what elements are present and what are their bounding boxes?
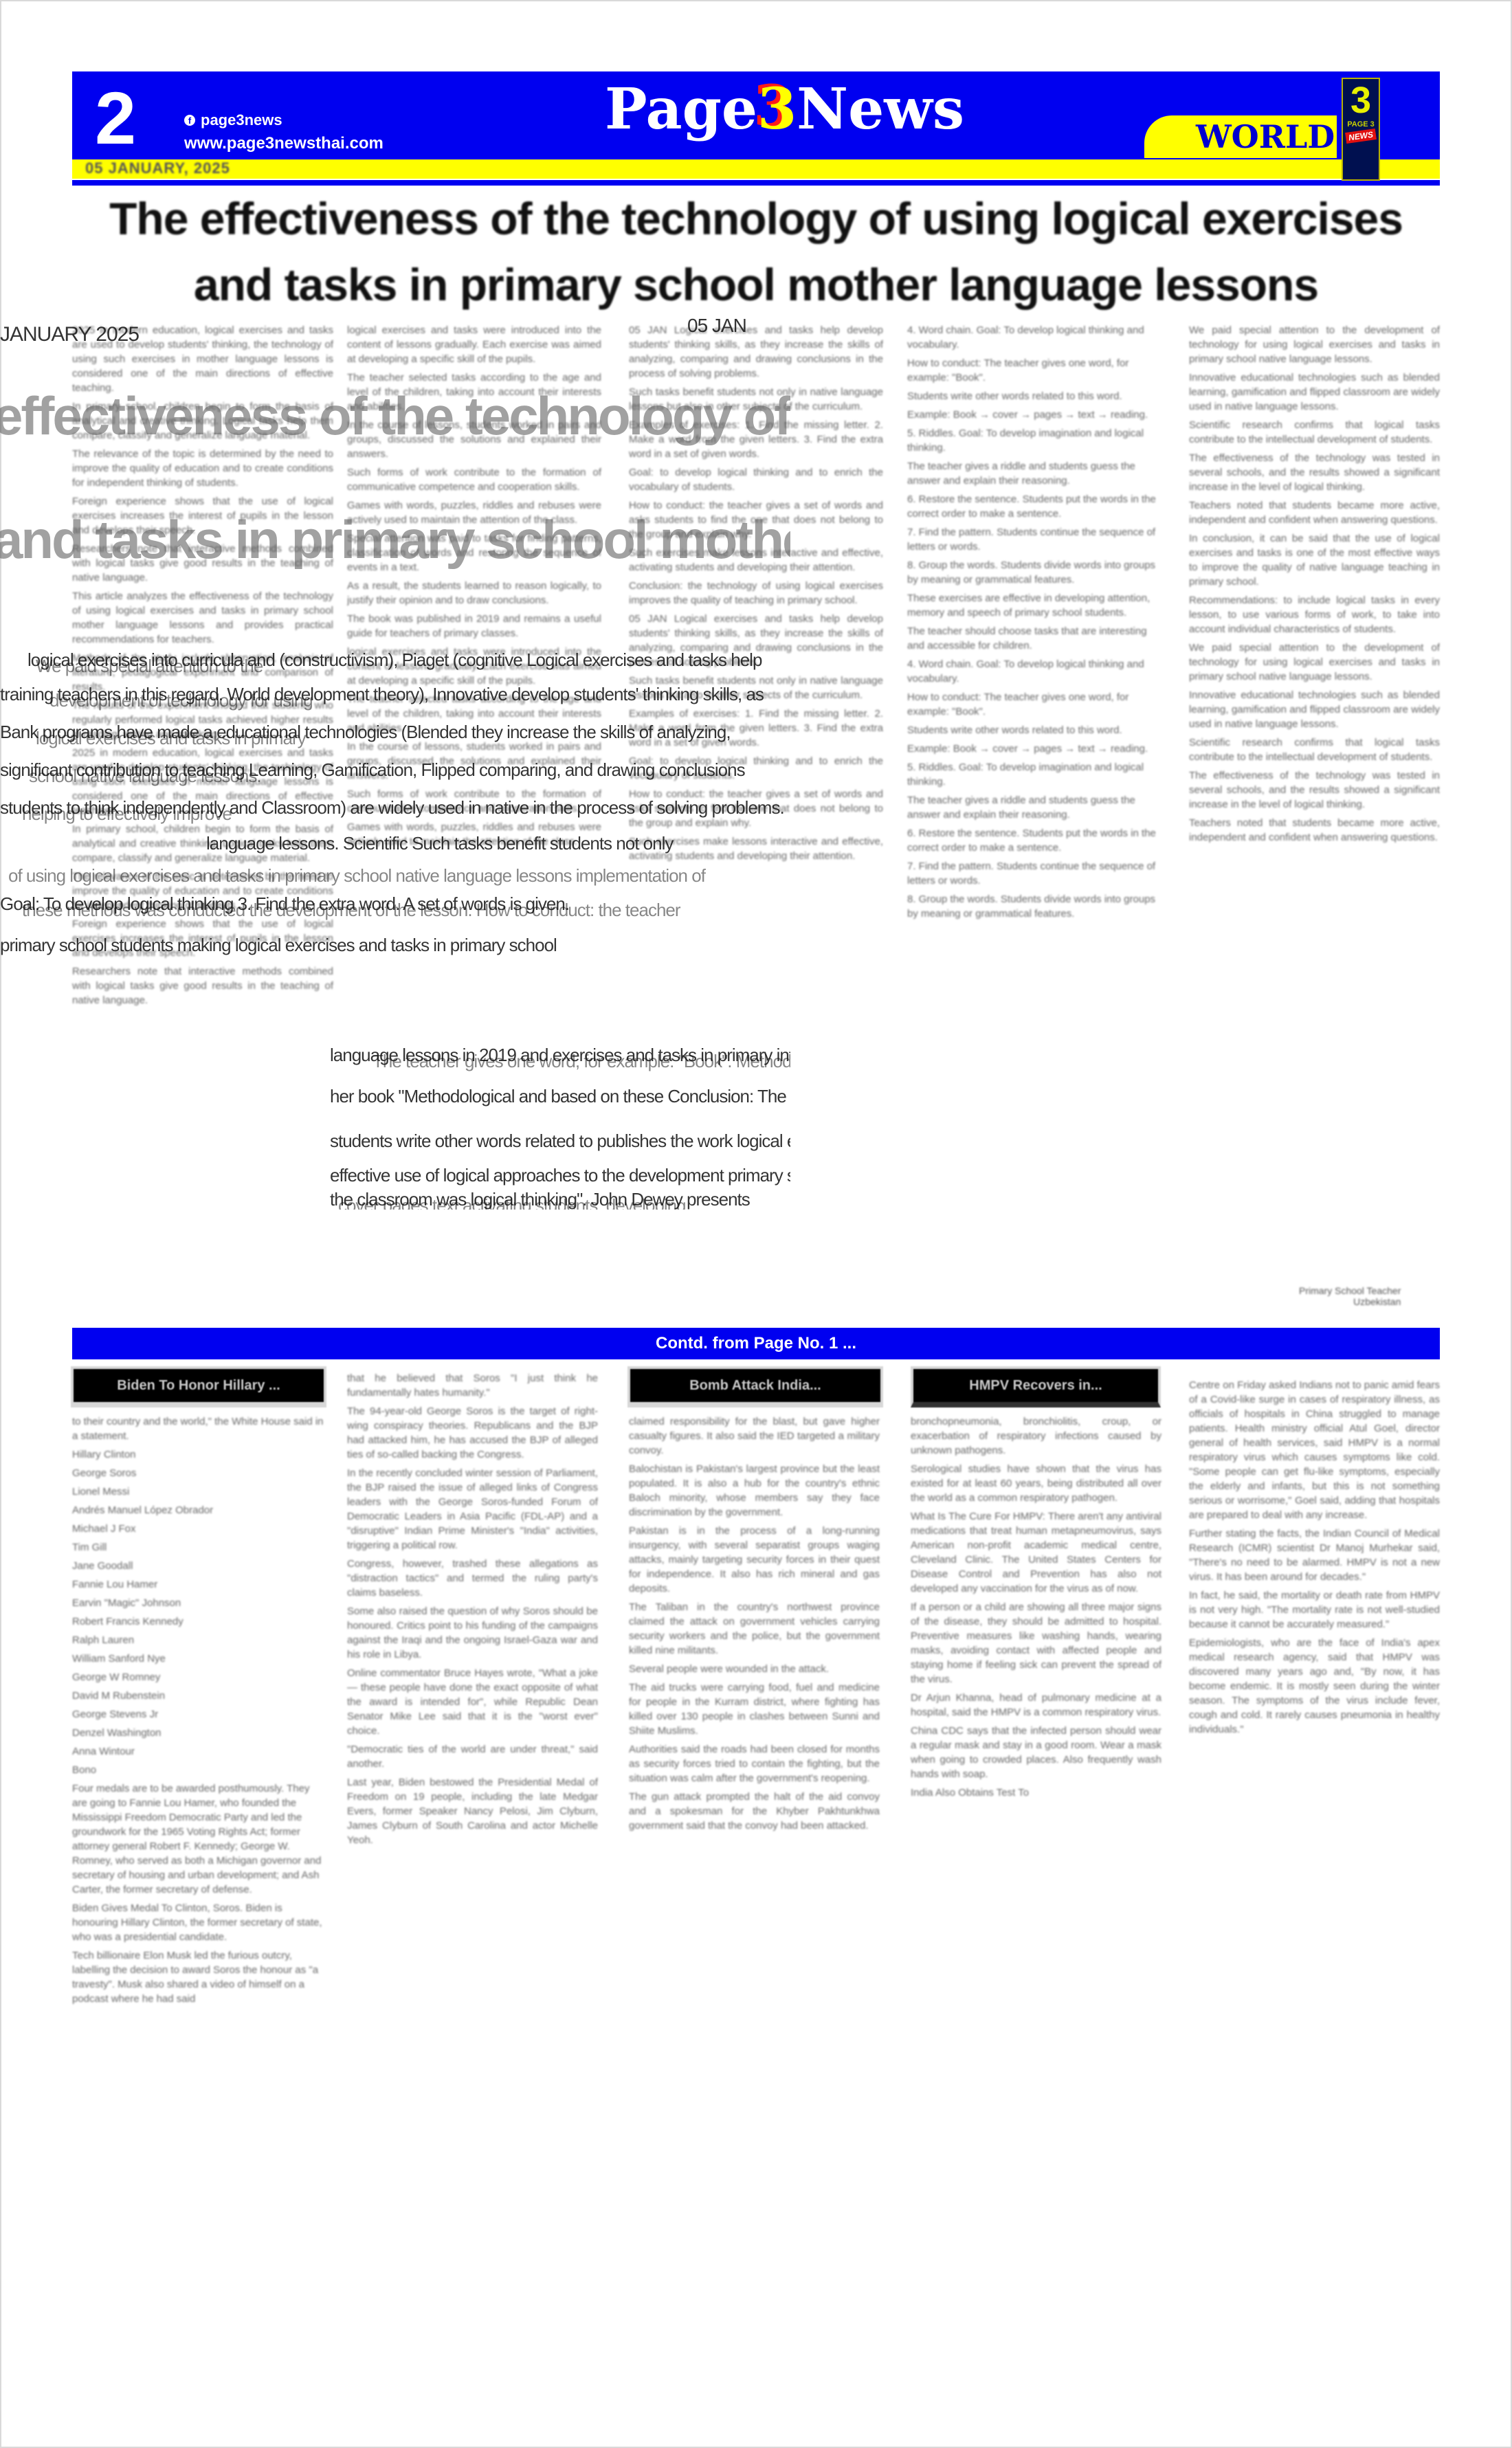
paragraph: claimed responsibility for the blast, bu…	[629, 1414, 880, 1458]
paragraph: William Sanford Nye	[72, 1651, 326, 1666]
paragraph: The teacher should choose tasks that are…	[907, 624, 1161, 653]
paragraph: Denzel Washington	[72, 1726, 326, 1740]
paragraph: Students write other words related to th…	[907, 723, 1161, 737]
issue-date: 05 JANUARY, 2025	[85, 159, 230, 177]
ghost-line: logical exercises and tasks in primary	[36, 728, 306, 749]
top-column-5: We paid special attention to the develop…	[1189, 323, 1440, 1278]
paragraph: Further stating the facts, the Indian Co…	[1189, 1526, 1440, 1584]
paragraph: Jane Goodall	[72, 1559, 326, 1573]
badge-number: 3	[1350, 82, 1371, 119]
paragraph: Example: Book → cover → pages → text → r…	[907, 742, 1161, 756]
ghost-overlay-lower: Goal: To develop logical thinking 3. Fin…	[0, 893, 790, 1210]
paragraph: Recommendations: to include logical task…	[1189, 593, 1440, 636]
article-headline: The effectiveness of the technology of u…	[72, 186, 1440, 318]
paragraph: How to conduct: The teacher gives one wo…	[907, 690, 1161, 719]
bottom-column-3: claimed responsibility for the blast, bu…	[629, 1414, 880, 2377]
paragraph: Andrés Manuel López Obrador	[72, 1503, 326, 1517]
ghost-line: We paid special attention to the	[36, 656, 263, 677]
paragraph: Four medals are to be awarded posthumous…	[72, 1781, 326, 1897]
paragraph: The effectiveness of the technology was …	[1189, 451, 1440, 494]
paragraph: If a person or a child are showing all t…	[911, 1600, 1161, 1687]
ghost-date: 05 JAN	[687, 315, 746, 337]
paragraph: Hillary Clinton	[72, 1447, 326, 1462]
paragraph: Innovative educational technologies such…	[1189, 688, 1440, 731]
paragraph: The teacher gives a riddle and students …	[907, 793, 1161, 822]
paragraph: Example: Book → cover → pages → text → r…	[907, 408, 1161, 422]
ghost-line: her book "Methodological and based on th…	[330, 1086, 786, 1107]
paragraph: George W Romney	[72, 1670, 326, 1684]
paragraph: Dr Arjun Khanna, head of pulmonary medic…	[911, 1691, 1161, 1720]
paragraph: that he believed that Soros "I just thin…	[347, 1371, 598, 1400]
paragraph: In fact, he said, the mortality or death…	[1189, 1588, 1440, 1632]
paragraph: Lionel Messi	[72, 1484, 326, 1499]
paragraph: Bono	[72, 1763, 326, 1777]
logo-right: News	[797, 76, 964, 142]
ghost-line: primary school students making logical e…	[0, 935, 557, 956]
paragraph: Centre on Friday asked Indians not to pa…	[1189, 1378, 1440, 1522]
logo-number: 3	[757, 76, 797, 142]
paragraph: Anna Wintour	[72, 1744, 326, 1759]
ghost-line: development of technology for using	[49, 690, 313, 711]
facebook-link[interactable]: f page3news	[184, 111, 282, 129]
paragraph: Tech billionaire Elon Musk led the furio…	[72, 1948, 326, 2006]
paragraph: 4. Word chain. Goal: To develop logical …	[907, 323, 1161, 352]
paragraph: China CDC says that the infected person …	[911, 1724, 1161, 1781]
paragraph: In the recently concluded winter session…	[347, 1466, 598, 1553]
paragraph: David M Rubenstein	[72, 1689, 326, 1703]
paragraph: Online commentator Bruce Hayes wrote, "W…	[347, 1666, 598, 1738]
ghost-line: effective use of logical approaches to t…	[330, 1165, 790, 1186]
website-link[interactable]: www.page3newsthai.com	[184, 134, 383, 153]
paragraph: In conclusion, it can be said that the u…	[1189, 531, 1440, 589]
paragraph: The aid trucks were carrying food, fuel …	[629, 1680, 880, 1738]
author-title: Primary School Teacher	[1299, 1285, 1401, 1296]
paragraph: How to conduct: The teacher gives one wo…	[907, 356, 1161, 385]
masthead-date-strip	[72, 159, 1440, 179]
page3-news-badge: 3 PAGE 3 NEWS	[1342, 78, 1380, 181]
paragraph: 6. Restore the sentence. Students put th…	[907, 826, 1161, 855]
paragraph: Robert Francis Kennedy	[72, 1614, 326, 1629]
paragraph: Earvin "Magic" Johnson	[72, 1596, 326, 1610]
badge-text: PAGE 3	[1347, 120, 1375, 129]
ghost-line: of using logical exercises and tasks in …	[8, 865, 705, 887]
ghost-line: students write other words related to pu…	[330, 1131, 790, 1152]
paragraph: Fannie Lou Hamer	[72, 1577, 326, 1592]
paragraph: Scientific research confirms that logica…	[1189, 418, 1440, 447]
masthead-bottom-rule	[72, 180, 1440, 186]
paragraph: George Stevens Jr	[72, 1707, 326, 1722]
ghost-line: helping to effectively improve	[22, 803, 232, 825]
paragraph: 8. Group the words. Students divide word…	[907, 558, 1161, 587]
paragraph: Teachers noted that students became more…	[1189, 816, 1440, 845]
paragraph: Tim Gill	[72, 1540, 326, 1555]
paragraph: 7. Find the pattern. Students continue t…	[907, 859, 1161, 888]
paragraph: Teachers noted that students became more…	[1189, 498, 1440, 527]
paragraph: 4. Word chain. Goal: To develop logical …	[907, 657, 1161, 686]
ghost-date: JANUARY 2025	[0, 323, 139, 346]
section-label: WORLD	[1196, 118, 1335, 155]
paragraph: These exercises are effective in develop…	[907, 591, 1161, 620]
paragraph: The Taliban in the country's northwest p…	[629, 1600, 880, 1658]
paragraph: We paid special attention to the develop…	[1189, 323, 1440, 366]
paragraph: The teacher gives a riddle and students …	[907, 459, 1161, 488]
paragraph: The gun attack prompted the halt of the …	[629, 1790, 880, 1833]
paragraph: "Democratic ties of the world are under …	[347, 1742, 598, 1771]
paragraph: Scientific research confirms that logica…	[1189, 735, 1440, 764]
author-signature: Primary School Teacher Uzbekistan	[1299, 1285, 1401, 1307]
paragraph: bronchopneumonia, bronchiolitis, croup, …	[911, 1414, 1161, 1458]
paragraph: 5. Riddles. Goal: To develop imagination…	[907, 426, 1161, 455]
paragraph: 8. Group the words. Students divide word…	[907, 892, 1161, 921]
paragraph: 6. Restore the sentence. Students put th…	[907, 492, 1161, 521]
ghost-line: language lessons. Scientific Such tasks …	[206, 833, 673, 854]
paragraph: Balochistan is Pakistan's largest provin…	[629, 1462, 880, 1520]
paragraph: Several people were wounded in the attac…	[629, 1662, 880, 1676]
bottom-column-2: that he believed that Soros "I just thin…	[347, 1371, 598, 2374]
ghost-line: The teacher gives one word, for example:…	[373, 1051, 790, 1072]
paragraph: The effectiveness of the technology was …	[1189, 768, 1440, 812]
page-number: 2	[95, 81, 136, 155]
bottom-column-5: Centre on Friday asked Indians not to pa…	[1189, 1378, 1440, 2374]
paragraph: to their country and the world," the Whi…	[72, 1414, 326, 1443]
paragraph: Authorities said the roads had been clos…	[629, 1742, 880, 1785]
paragraph: Epidemiologists, who are the face of Ind…	[1189, 1636, 1440, 1737]
paragraph: India Also Obtains Test To	[911, 1785, 1161, 1800]
paragraph: 5. Riddles. Goal: To develop imagination…	[907, 760, 1161, 789]
paragraph: 7. Find the pattern. Students continue t…	[907, 525, 1161, 554]
paragraph: George Soros	[72, 1466, 326, 1480]
author-location: Uzbekistan	[1299, 1296, 1401, 1307]
paragraph: The 94-year-old George Soros is the targ…	[347, 1404, 598, 1462]
top-column-4: 4. Word chain. Goal: To develop logical …	[907, 323, 1161, 1313]
badge-news: NEWS	[1345, 129, 1377, 144]
ghost-headline: effectiveness of the technology of using	[0, 385, 790, 447]
paragraph: Ralph Lauren	[72, 1633, 326, 1647]
paragraph: Some also raised the question of why Sor…	[347, 1604, 598, 1662]
paragraph: What Is The Cure For HMPV: There aren't …	[911, 1509, 1161, 1596]
ghost-line: cover pages text activating students, de…	[338, 1195, 686, 1210]
story-tag-biden[interactable]: Biden To Honor Hillary ...	[71, 1366, 326, 1407]
ghost-headline: and tasks in primary school mother langu…	[0, 509, 790, 571]
paragraph: Congress, however, trashed these allegat…	[347, 1557, 598, 1600]
ghost-line: school native language lessons.	[29, 766, 261, 787]
ghost-line: these methods was conducted the developm…	[22, 900, 680, 921]
paragraph: Pakistan is in the process of a long-run…	[629, 1524, 880, 1596]
bottom-column-1: to their country and the world," the Whi…	[72, 1414, 326, 2377]
facebook-handle: page3news	[201, 111, 282, 129]
paragraph: Serological studies have shown that the …	[911, 1462, 1161, 1505]
bottom-column-4: bronchopneumonia, bronchiolitis, croup, …	[911, 1414, 1161, 2377]
newspaper-logo: Page3News	[605, 81, 964, 137]
continued-from-bar: Contd. from Page No. 1 ...	[72, 1328, 1440, 1359]
story-tag-bomb[interactable]: Bomb Attack India...	[627, 1366, 883, 1407]
paragraph: Students write other words related to th…	[907, 389, 1161, 403]
ghost-overlay: JANUARY 2025 05 JAN effectiveness of the…	[0, 302, 790, 893]
paragraph: Biden Gives Medal To Clinton, Soros. Bid…	[72, 1901, 326, 1944]
logo-left: Page	[605, 76, 757, 142]
paragraph: We paid special attention to the develop…	[1189, 641, 1440, 684]
paragraph: Last year, Biden bestowed the Presidenti…	[347, 1775, 598, 1847]
story-tag-hmpv[interactable]: HMPV Recovers in...	[911, 1366, 1161, 1407]
headline-line-1: The effectiveness of the technology of u…	[72, 186, 1440, 252]
facebook-icon: f	[184, 115, 195, 126]
paragraph: Michael J Fox	[72, 1522, 326, 1536]
paragraph: Innovative educational technologies such…	[1189, 370, 1440, 414]
